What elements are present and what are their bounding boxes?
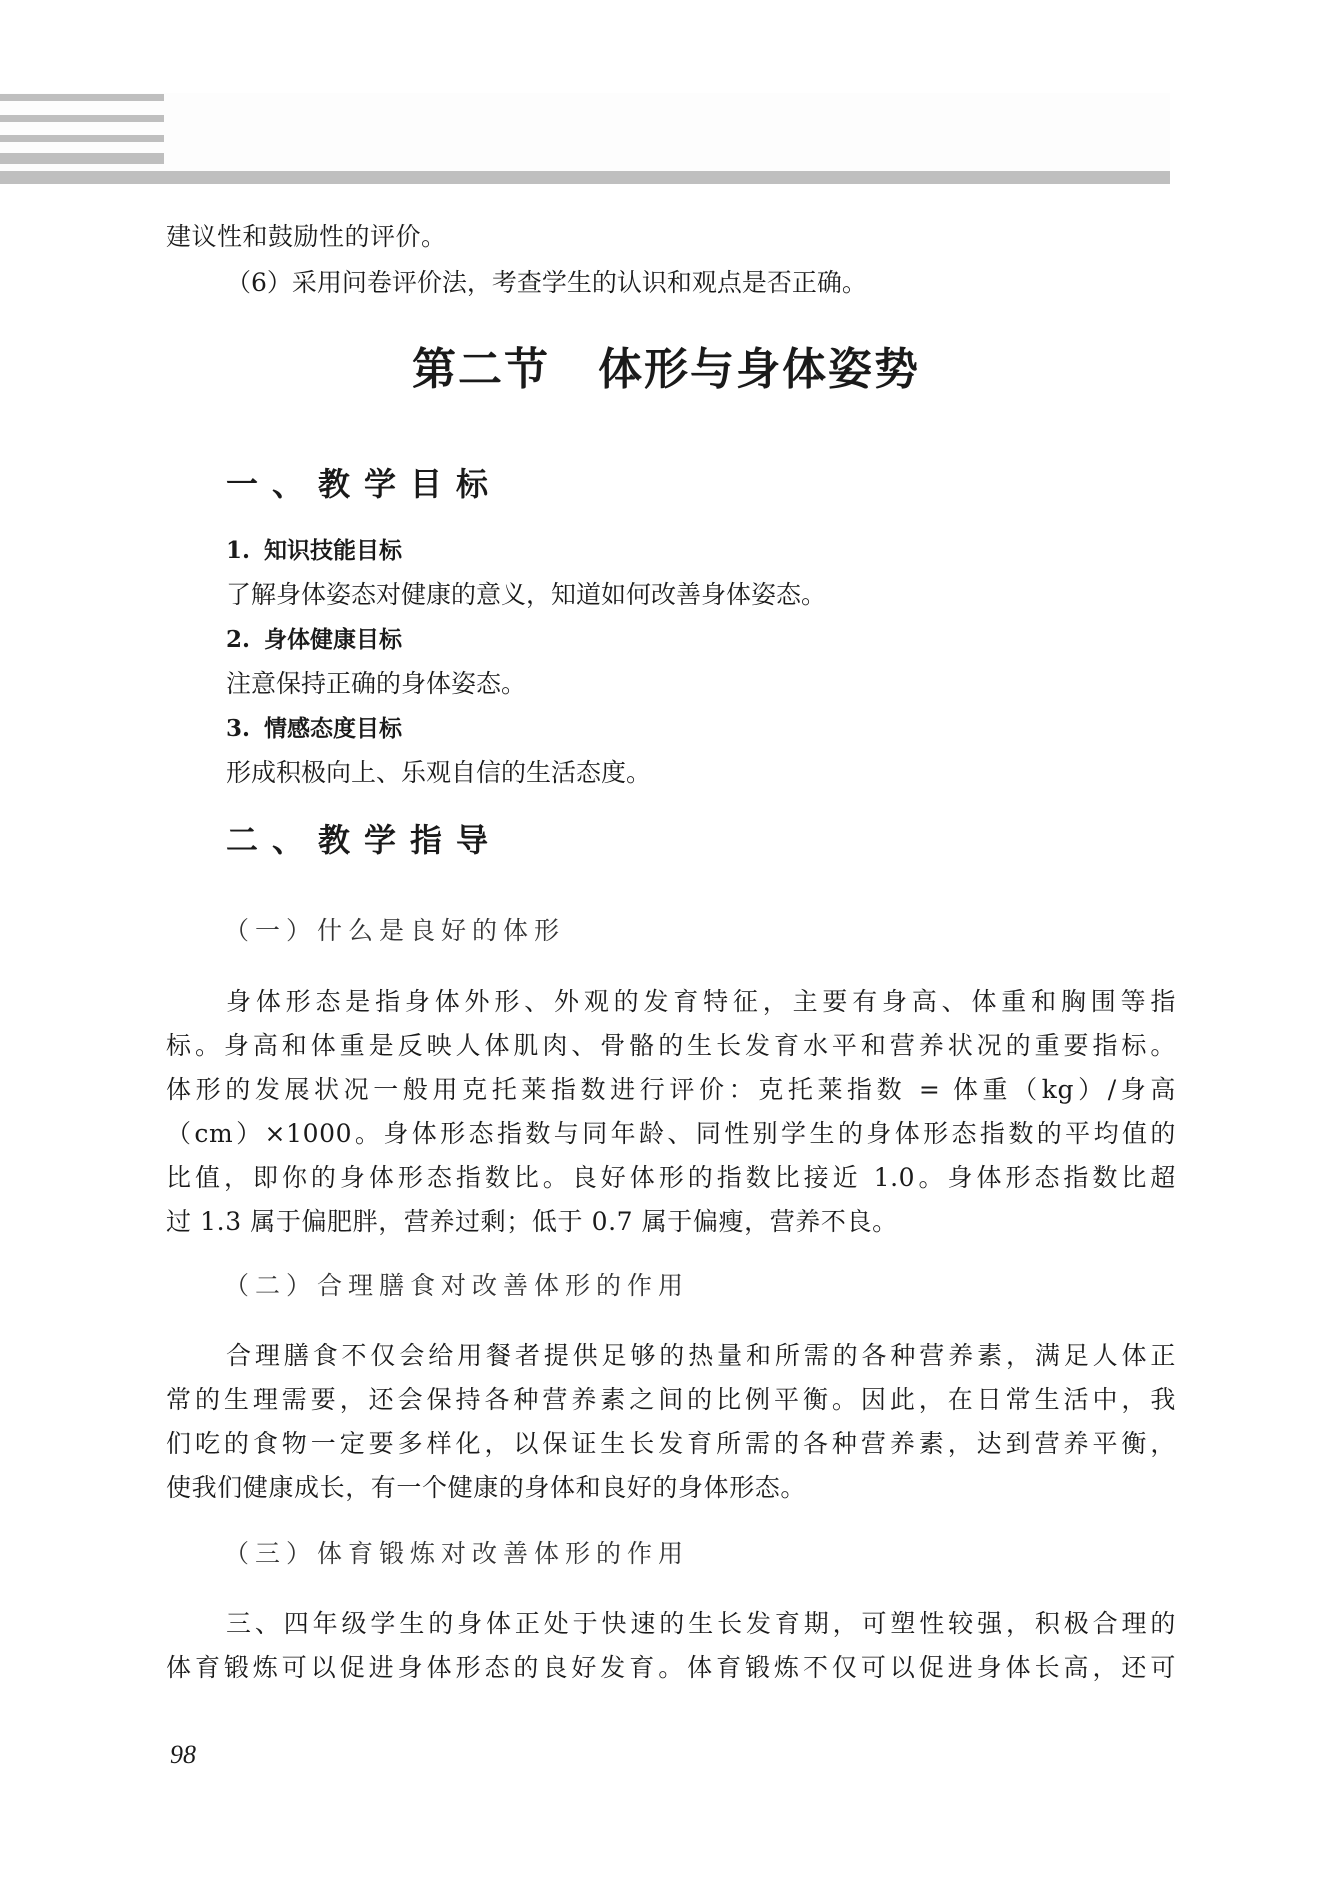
paragraph-line: 体形的发展状况一般用克托莱指数进行评价：克托莱指数 = 体重（kg）/身高 [166,1068,1176,1112]
header-stripe [0,115,164,122]
intro-line-2: （6）采用问卷评价法，考查学生的认识和观点是否正确。 [226,268,867,298]
goal-3-title: 情感态度目标 [264,716,402,742]
intro-line-1: 建议性和鼓励性的评价。 [166,222,447,252]
subsection-2-paragraph: 合理膳食不仅会给用餐者提供足够的热量和所需的各种营养素，满足人体正 常的生理需要… [166,1334,1176,1510]
goal-3-number: 3. [226,715,250,742]
section-name: 体形与身体姿势 [598,344,920,395]
header-stripe [0,135,164,142]
paragraph-line: 体育锻炼可以促进身体形态的良好发育。体育锻炼不仅可以促进身体长高，还可 [166,1646,1176,1690]
header-stripe [0,153,164,164]
subsection-1-title: （一）什么是良好的体形 [224,915,565,947]
paragraph-line: 身体形态是指身体外形、外观的发育特征，主要有身高、体重和胸围等指 [166,980,1176,1024]
goal-1-heading: 1.知识技能目标 [226,536,402,566]
section-title: 第二节体形与身体姿势 [412,340,920,400]
paragraph-line: 使我们健康成长，有一个健康的身体和良好的身体形态。 [166,1466,1176,1510]
goal-2-title: 身体健康目标 [264,627,402,653]
goal-1-title: 知识技能目标 [264,538,402,564]
part2-heading: 二、教学指导 [226,818,502,862]
paragraph-line: 合理膳食不仅会给用餐者提供足够的热量和所需的各种营养素，满足人体正 [166,1334,1176,1378]
paragraph-line: 三、四年级学生的身体正处于快速的生长发育期，可塑性较强，积极合理的 [166,1602,1176,1646]
goal-3-heading: 3.情感态度目标 [226,714,402,744]
header-rule [0,171,1170,184]
goal-2-text: 注意保持正确的身体姿态。 [226,669,526,699]
subsection-3-paragraph: 三、四年级学生的身体正处于快速的生长发育期，可塑性较强，积极合理的 体育锻炼可以… [166,1602,1176,1690]
paragraph-line: 们吃的食物一定要多样化，以保证生长发育所需的各种营养素，达到营养平衡， [166,1422,1176,1466]
goal-2-heading: 2.身体健康目标 [226,625,402,655]
paragraph-line: 常的生理需要，还会保持各种营养素之间的比例平衡。因此，在日常生活中，我 [166,1378,1176,1422]
subsection-2-title: （二）合理膳食对改善体形的作用 [224,1270,689,1302]
page-number: 98 [170,1740,196,1770]
subsection-3-title: （三）体育锻炼对改善体形的作用 [224,1538,689,1570]
page-header-background [0,93,1170,171]
goal-1-text: 了解身体姿态对健康的意义，知道如何改善身体姿态。 [226,580,826,610]
paragraph-line: 标。身高和体重是反映人体肌肉、骨骼的生长发育水平和营养状况的重要指标。 [166,1024,1176,1068]
goal-1-number: 1. [226,537,250,564]
header-stripe [0,94,164,101]
goal-3-text: 形成积极向上、乐观自信的生活态度。 [226,758,651,788]
subsection-1-paragraph: 身体形态是指身体外形、外观的发育特征，主要有身高、体重和胸围等指 标。身高和体重… [166,980,1176,1244]
paragraph-line: 过 1.3 属于偏肥胖，营养过剩；低于 0.7 属于偏瘦，营养不良。 [166,1200,1176,1244]
section-number: 第二节 [412,344,550,395]
paragraph-line: （cm）×1000。身体形态指数与同年龄、同性别学生的身体形态指数的平均值的 [166,1112,1176,1156]
goal-2-number: 2. [226,626,250,653]
part1-heading: 一、教学目标 [226,462,502,506]
paragraph-line: 比值，即你的身体形态指数比。良好体形的指数比接近 1.0。身体形态指数比超 [166,1156,1176,1200]
